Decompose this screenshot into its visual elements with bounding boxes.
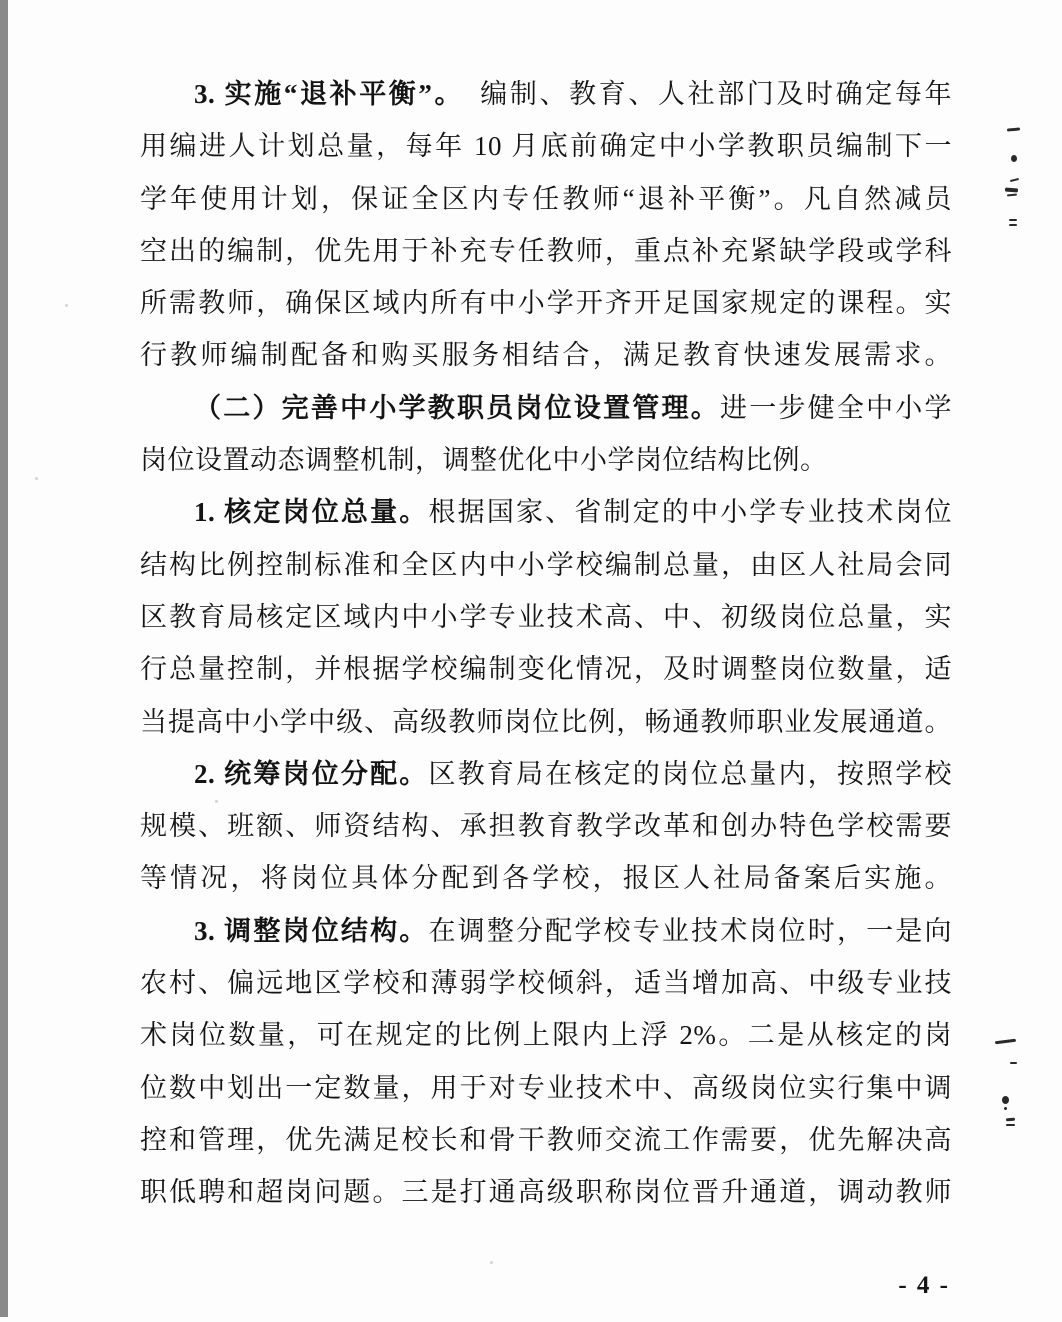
scan-speck: [35, 477, 38, 480]
line-text: 空出的编制，优先用于补充专任教师，重点补充紧缺学段或学科: [140, 236, 952, 266]
line-text: 农村、偏远地区学校和薄弱学校倾斜，适当增加高、中级专业技: [140, 968, 952, 998]
handwritten-mark: [1004, 1107, 1007, 1110]
line-text: 行教师编制配备和购买服务相结合，满足教育快速发展需求。: [140, 340, 952, 370]
line-text: 编制、教育、人社部门及时确定每年: [451, 79, 952, 109]
handwritten-mark: [1010, 178, 1019, 182]
line-text: 术岗位数量，可在规定的比例上限内上浮 2%。二是从核定的岗: [140, 1020, 952, 1050]
text-line: 当提高中小学中级、高级教师岗位比例，畅通教师职业发展通道。: [140, 696, 952, 748]
text-line: 术岗位数量，可在规定的比例上限内上浮 2%。二是从核定的岗: [140, 1009, 952, 1061]
text-line: 等情况，将岗位具体分配到各学校，报区人社局备案后实施。: [140, 852, 952, 904]
text-line: 位数中划出一定数量，用于对专业技术中、高级岗位实行集中调: [140, 1062, 952, 1114]
line-text: 学年使用计划，保证全区内专任教师“退补平衡”。凡自然减员: [140, 184, 952, 214]
line-text: 根据国家、省制定的中小学专业技术岗位: [428, 497, 952, 527]
text-line: 结构比例控制标准和全区内中小学校编制总量，由区人社局会同: [140, 539, 952, 591]
scan-speck: [65, 304, 68, 307]
text-line: 3. 实施“退补平衡”。 编制、教育、人社部门及时确定每年: [140, 68, 952, 120]
handwritten-mark: [1002, 1096, 1009, 1104]
paragraph-lead-bold: 3. 调整岗位结构。: [194, 916, 428, 946]
line-text: 行总量控制，并根据学校编制变化情况，及时调整岗位数量，适: [140, 654, 952, 684]
line-text: 岗位设置动态调整机制，调整优化中小学岗位结构比例。: [140, 445, 828, 475]
scan-edge-band: [0, 0, 8, 1317]
text-line: 区教育局核定区域内中小学专业技术高、中、初级岗位总量，实: [140, 591, 952, 643]
paragraph-lead-bold: 3. 实施“退补平衡”。: [194, 79, 451, 109]
text-line: 岗位设置动态调整机制，调整优化中小学岗位结构比例。: [140, 434, 952, 486]
line-text: 在调整分配学校专业技术岗位时，一是向: [428, 916, 952, 946]
document-body: 3. 实施“退补平衡”。 编制、教育、人社部门及时确定每年用编进人计划总量，每年…: [140, 68, 952, 1219]
handwritten-mark: [1009, 224, 1017, 226]
handwritten-mark: [1007, 127, 1020, 131]
page-number: - 4 -: [820, 1272, 950, 1300]
handwritten-mark: [1010, 1062, 1017, 1064]
line-text: 用编进人计划总量，每年 10 月底前确定中小学教职员编制下一: [140, 131, 952, 161]
line-text: 职低聘和超岗问题。三是打通高级职称岗位晋升通道，调动教师: [140, 1177, 952, 1207]
line-text: 进一步健全中小学: [720, 393, 952, 423]
handwritten-mark: [1006, 1118, 1015, 1122]
text-line: 农村、偏远地区学校和薄弱学校倾斜，适当增加高、中级专业技: [140, 957, 952, 1009]
text-line: （二）完善中小学教职员岗位设置管理。进一步健全中小学: [140, 382, 952, 434]
line-text: 区教育局在核定的岗位总量内，按照学校: [428, 759, 952, 789]
text-line: 3. 调整岗位结构。在调整分配学校专业技术岗位时，一是向: [140, 905, 952, 957]
line-text: 规模、班额、师资结构、承担教育教学改革和创办特色学校需要: [140, 811, 952, 841]
text-line: 学年使用计划，保证全区内专任教师“退补平衡”。凡自然减员: [140, 173, 952, 225]
text-line: 2. 统筹岗位分配。区教育局在核定的岗位总量内，按照学校: [140, 748, 952, 800]
scan-speck: [215, 800, 218, 803]
text-line: 用编进人计划总量，每年 10 月底前确定中小学教职员编制下一: [140, 120, 952, 172]
line-text: 区教育局核定区域内中小学专业技术高、中、初级岗位总量，实: [140, 602, 952, 632]
line-text: 当提高中小学中级、高级教师岗位比例，畅通教师职业发展通道。: [140, 707, 952, 737]
paragraph-lead-bold: （二）完善中小学教职员岗位设置管理。: [194, 393, 720, 423]
text-line: 行教师编制配备和购买服务相结合，满足教育快速发展需求。: [140, 329, 952, 381]
text-line: 控和管理，优先满足校长和骨干教师交流工作需要，优先解决高: [140, 1114, 952, 1166]
handwritten-mark: [995, 1039, 1016, 1045]
handwritten-mark: [1005, 188, 1018, 193]
text-line: 1. 核定岗位总量。根据国家、省制定的中小学专业技术岗位: [140, 486, 952, 538]
line-text: 所需教师，确保区域内所有中小学开齐开足国家规定的课程。实: [140, 288, 952, 318]
line-text: 控和管理，优先满足校长和骨干教师交流工作需要，优先解决高: [140, 1125, 952, 1155]
handwritten-mark: [1007, 193, 1017, 196]
handwritten-mark: [1006, 1124, 1015, 1126]
text-line: 行总量控制，并根据学校编制变化情况，及时调整岗位数量，适: [140, 643, 952, 695]
paragraph-lead-bold: 2. 统筹岗位分配。: [194, 759, 428, 789]
text-line: 职低聘和超岗问题。三是打通高级职称岗位晋升通道，调动教师: [140, 1166, 952, 1218]
text-line: 所需教师，确保区域内所有中小学开齐开足国家规定的课程。实: [140, 277, 952, 329]
text-line: 规模、班额、师资结构、承担教育教学改革和创办特色学校需要: [140, 800, 952, 852]
line-text: 位数中划出一定数量，用于对专业技术中、高级岗位实行集中调: [140, 1073, 952, 1103]
handwritten-mark: [1009, 219, 1017, 221]
text-line: 空出的编制，优先用于补充专任教师，重点补充紧缺学段或学科: [140, 225, 952, 277]
handwritten-mark: [1011, 155, 1017, 162]
line-text: 结构比例控制标准和全区内中小学校编制总量，由区人社局会同: [140, 550, 952, 580]
paragraph-lead-bold: 1. 核定岗位总量。: [194, 497, 428, 527]
scan-speck: [490, 1261, 493, 1264]
line-text: 等情况，将岗位具体分配到各学校，报区人社局备案后实施。: [140, 863, 952, 893]
